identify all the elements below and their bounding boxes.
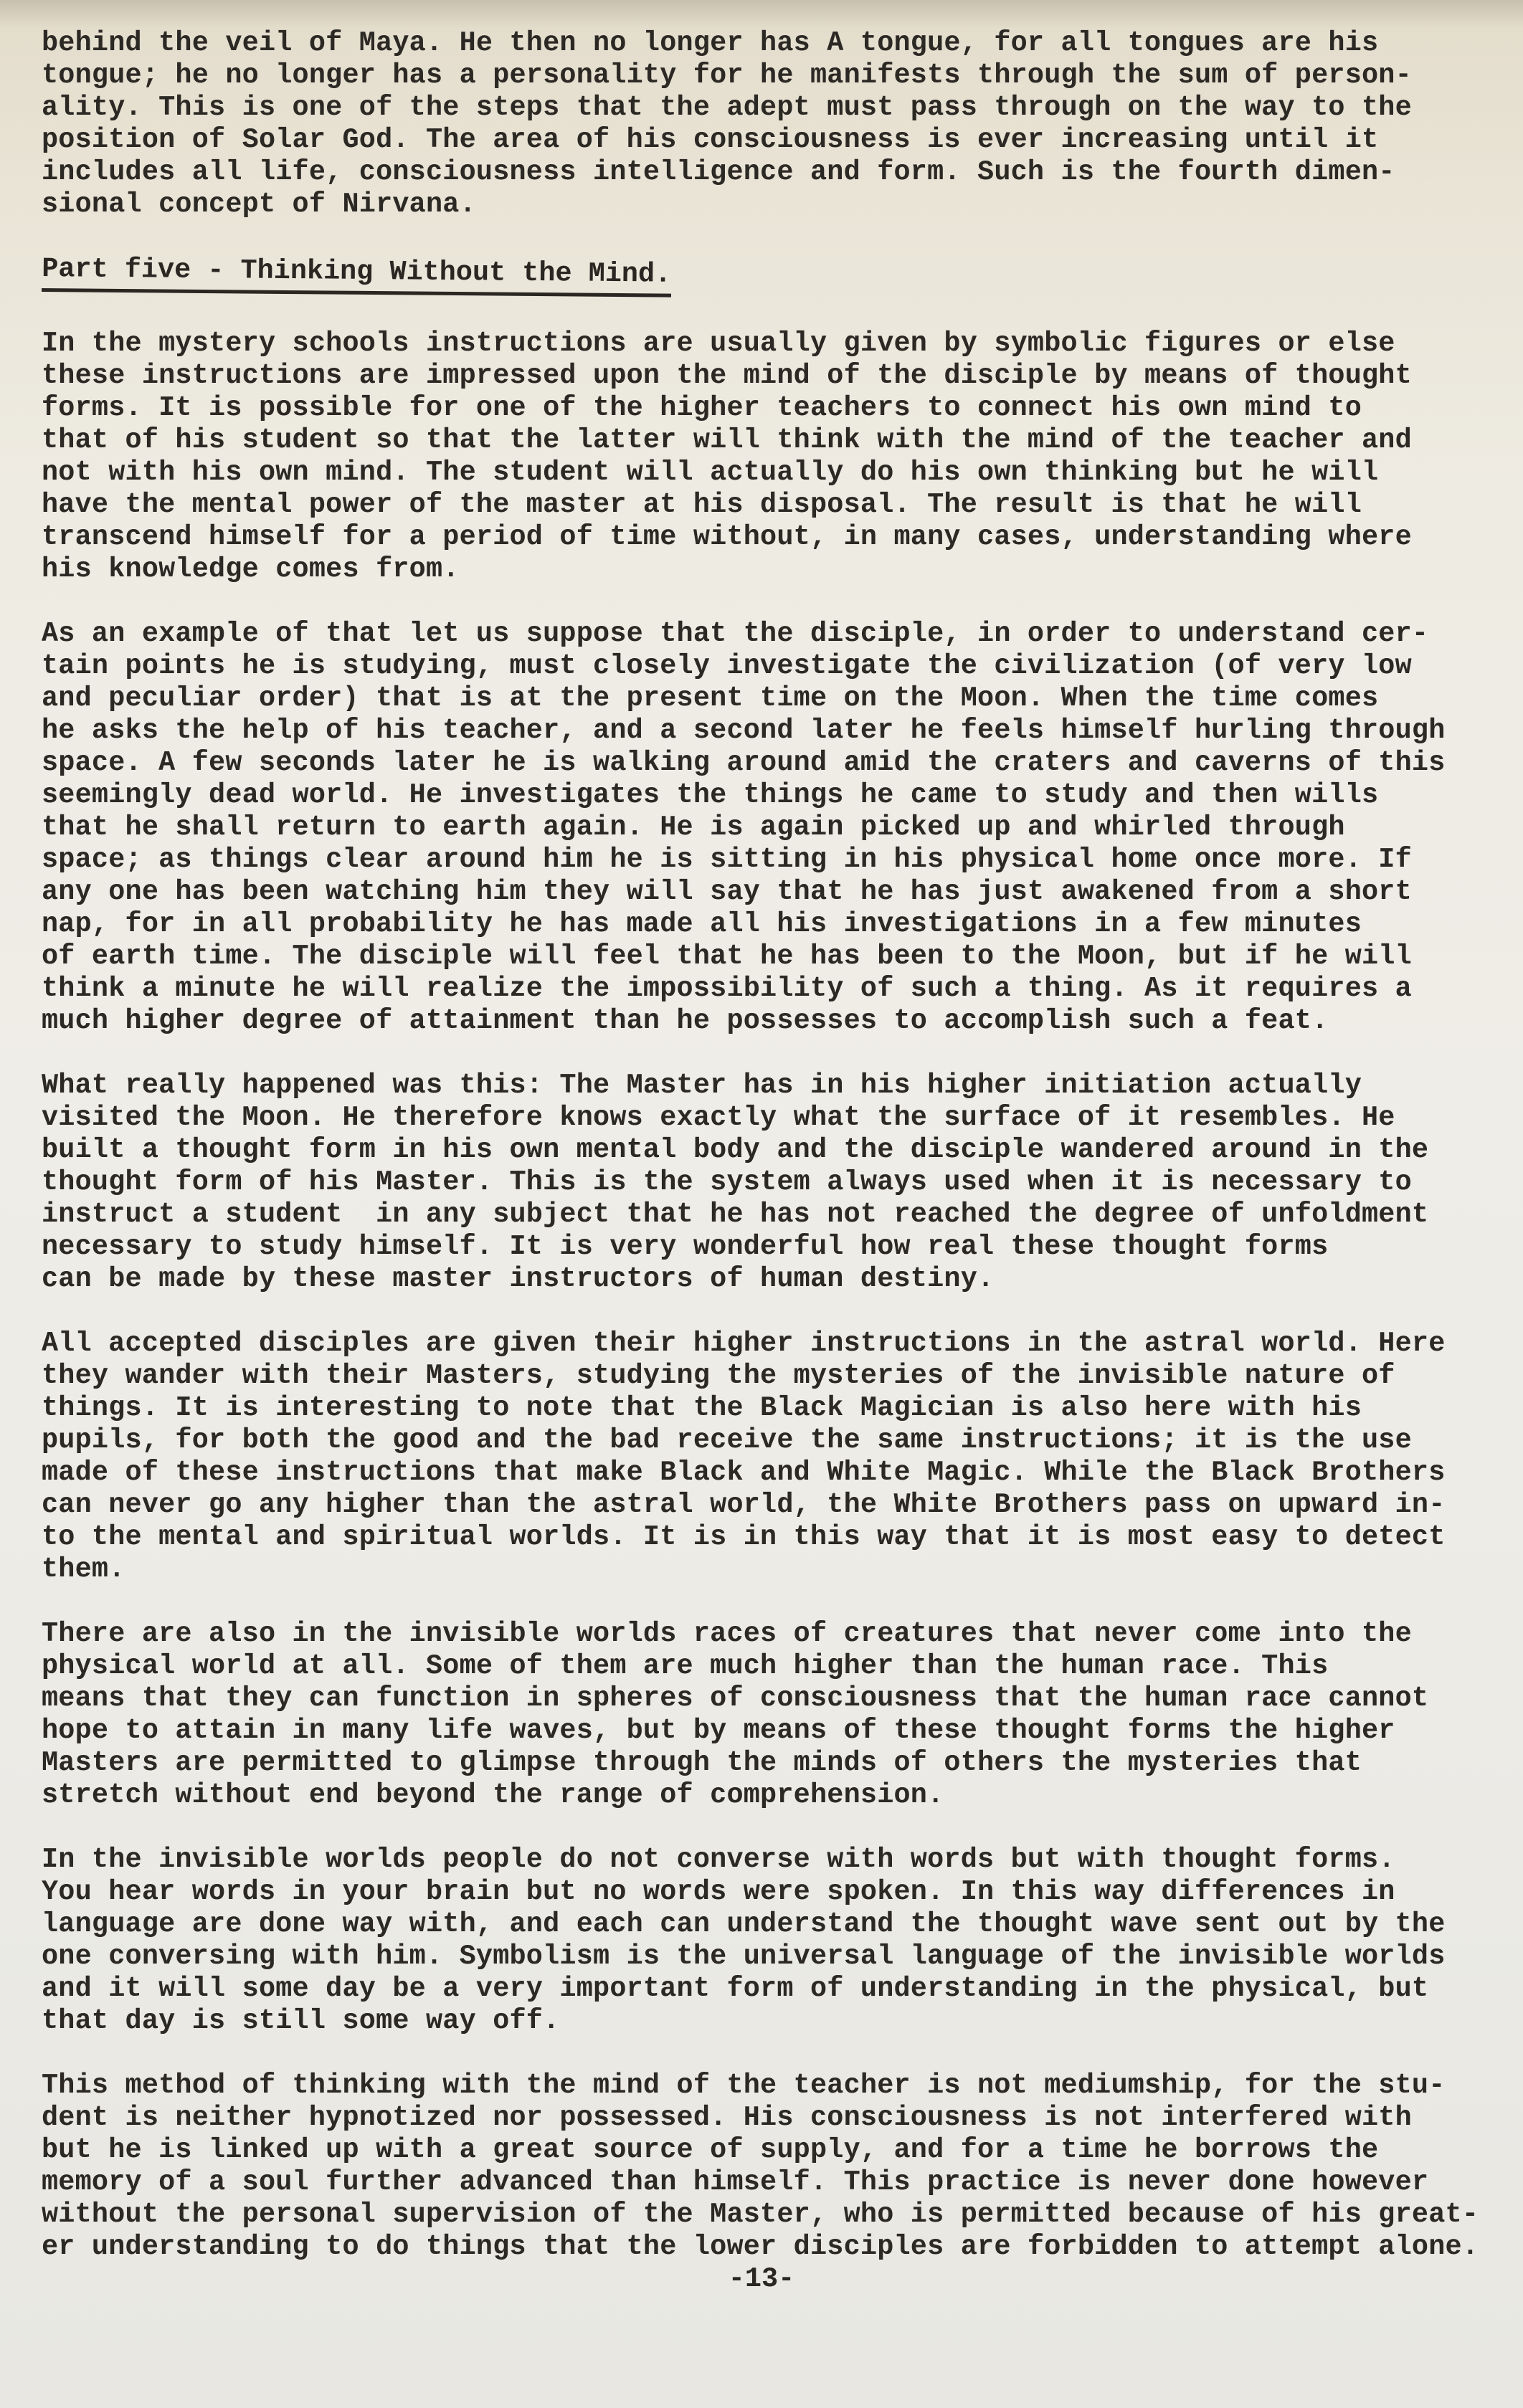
text-line: not with his own mind. The student will … [42,457,1476,489]
text-line: one conversing with him. Symbolism is th… [42,1941,1476,1973]
text-line: tain points he is studying, must closely… [42,650,1476,682]
text-line: position of Solar God. The area of his c… [42,124,1476,156]
text-line: them. [42,1553,1476,1586]
paragraph: This method of thinking with the mind of… [42,2070,1476,2263]
text-line: memory of a soul further advanced than h… [42,2166,1476,2199]
text-line: made of these instructions that make Bla… [42,1457,1476,1489]
text-line: they wander with their Masters, studying… [42,1360,1476,1392]
text-line: thought form of his Master. This is the … [42,1166,1476,1199]
text-line: that day is still some way off. [42,2005,1476,2037]
text-line: transcend himself for a period of time w… [42,521,1476,553]
page-number: -13- [0,2263,1523,2295]
text-line: pupils, for both the good and the bad re… [42,1424,1476,1457]
text-line: can never go any higher than the astral … [42,1489,1476,1521]
text-line: instruct a student in any subject that h… [42,1199,1476,1231]
text-line: ality. This is one of the steps that the… [42,92,1476,124]
text-line: things. It is interesting to note that t… [42,1392,1476,1424]
text-line: any one has been watching him they will … [42,876,1476,908]
text-line: Masters are permitted to glimpse through… [42,1747,1476,1779]
text-line: All accepted disciples are given their h… [42,1328,1476,1360]
text-line: You hear words in your brain but no word… [42,1876,1476,1908]
text-line: nap, for in all probability he has made … [42,908,1476,941]
text-line: without the personal supervision of the … [42,2199,1476,2231]
paragraph: All accepted disciples are given their h… [42,1328,1476,1586]
text-line: forms. It is possible for one of the hig… [42,392,1476,424]
text-line: he asks the help of his teacher, and a s… [42,715,1476,747]
text-line: that he shall return to earth again. He … [42,812,1476,844]
text-line: space. A few seconds later he is walking… [42,747,1476,779]
text-line: er understanding to do things that the l… [42,2231,1476,2263]
paragraph: In the invisible worlds people do not co… [42,1844,1476,2037]
paragraph: As an example of that let us suppose tha… [42,618,1476,1037]
text-line: can be made by these master instructors … [42,1263,1476,1295]
page-edge-shadow [0,0,1523,29]
text-line: much higher degree of attainment than he… [42,1005,1476,1037]
text-line: visited the Moon. He therefore knows exa… [42,1102,1476,1134]
text-line: includes all life, consciousness intelli… [42,156,1476,189]
text-line: seemingly dead world. He investigates th… [42,779,1476,812]
opening-paragraph: behind the veil of Maya. He then no long… [42,27,1476,221]
text-line: and it will some day be a very important… [42,1973,1476,2005]
text-line: that of his student so that the latter w… [42,424,1476,457]
body-paragraphs: In the mystery schools instructions are … [42,328,1476,2263]
text-line: dent is neither hypnotized nor possessed… [42,2102,1476,2134]
paragraph: In the mystery schools instructions are … [42,328,1476,586]
text-line: This method of thinking with the mind of… [42,2070,1476,2102]
text-line: language are done way with, and each can… [42,1908,1476,1941]
text-line: his knowledge comes from. [42,553,1476,586]
text-line: have the mental power of the master at h… [42,489,1476,521]
text-line: physical world at all. Some of them are … [42,1650,1476,1683]
text-line: hope to attain in many life waves, but b… [42,1715,1476,1747]
text-line: In the invisible worlds people do not co… [42,1844,1476,1876]
text-line: these instructions are impressed upon th… [42,360,1476,392]
text-line: sional concept of Nirvana. [42,189,1476,221]
page-content: behind the veil of Maya. He then no long… [42,27,1476,2263]
text-line: think a minute he will realize the impos… [42,973,1476,1005]
text-line: but he is linked up with a great source … [42,2134,1476,2166]
paragraph: What really happened was this: The Maste… [42,1070,1476,1295]
text-line: In the mystery schools instructions are … [42,328,1476,360]
text-line: space; as things clear around him he is … [42,844,1476,876]
text-line: There are also in the invisible worlds r… [42,1618,1476,1650]
text-line: of earth time. The disciple will feel th… [42,941,1476,973]
document-page: behind the veil of Maya. He then no long… [0,0,1523,2408]
section-heading: Part five - Thinking Without the Mind. [42,253,671,298]
text-line: What really happened was this: The Maste… [42,1070,1476,1102]
text-line: means that they can function in spheres … [42,1683,1476,1715]
text-line: behind the veil of Maya. He then no long… [42,27,1476,60]
text-line: tongue; he no longer has a personality f… [42,60,1476,92]
text-line: stretch without end beyond the range of … [42,1779,1476,1812]
text-line: to the mental and spiritual worlds. It i… [42,1521,1476,1553]
paragraph: There are also in the invisible worlds r… [42,1618,1476,1812]
text-line: and peculiar order) that is at the prese… [42,682,1476,715]
text-line: As an example of that let us suppose tha… [42,618,1476,650]
text-line: necessary to study himself. It is very w… [42,1231,1476,1263]
text-line: built a thought form in his own mental b… [42,1134,1476,1166]
